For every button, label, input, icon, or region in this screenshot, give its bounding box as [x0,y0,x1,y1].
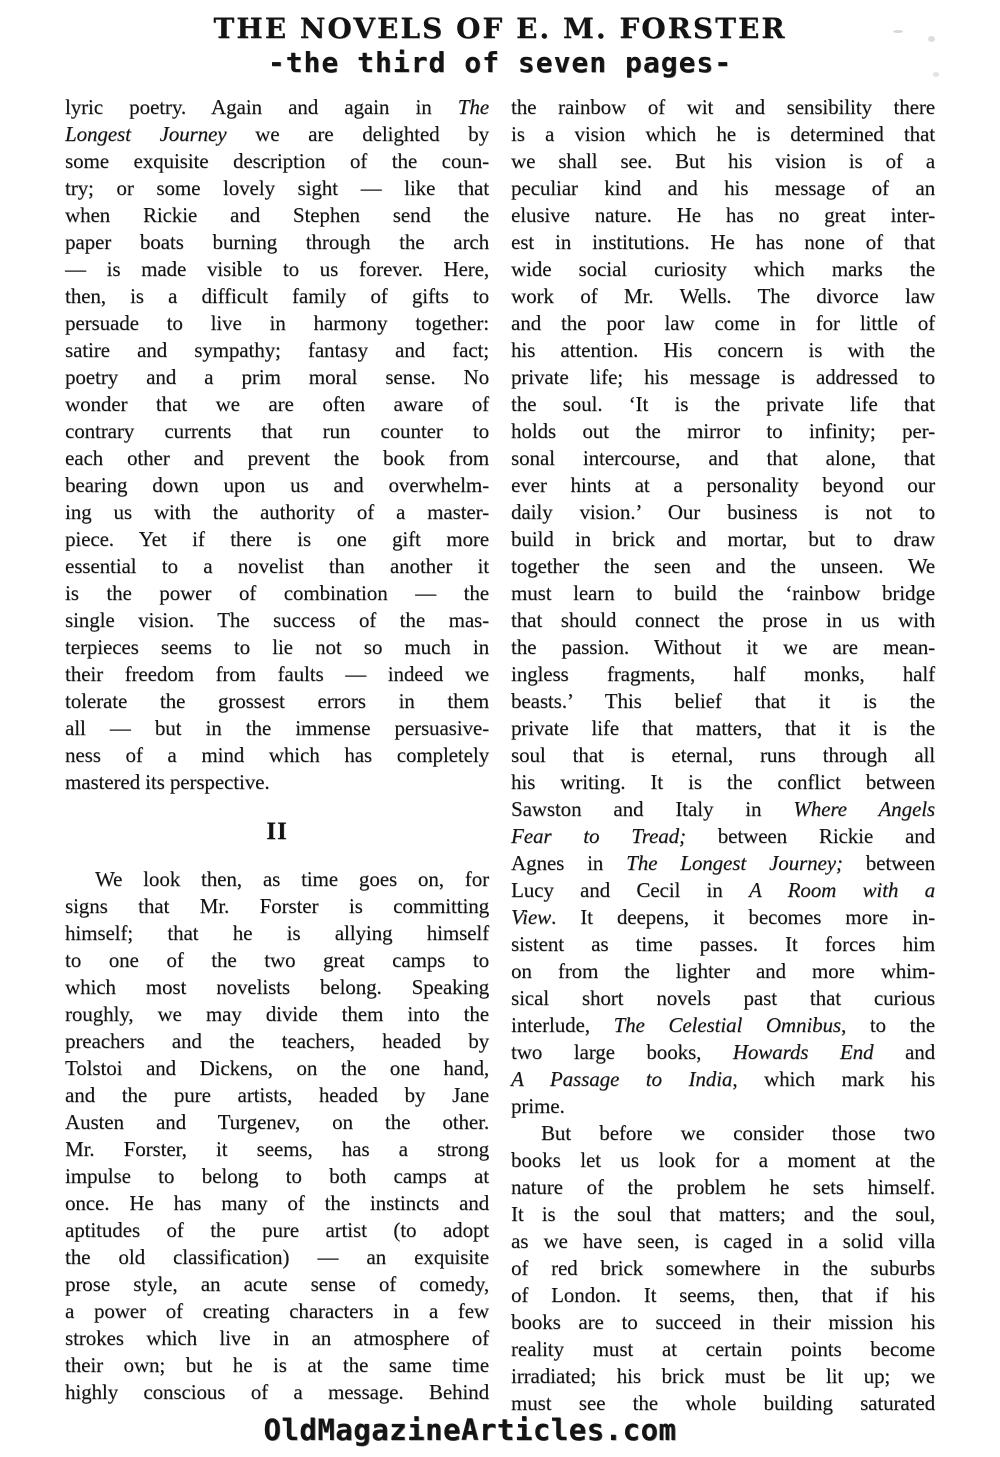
scan-artifact [928,36,935,42]
text-line: nature of the problem he sets himself. [511,1174,935,1201]
text-line: books are to succeed in their mission hi… [511,1309,935,1336]
text-line: roughly, we may divide them into the [65,1001,489,1028]
text-line: satire and sympathy; fantasy and fact; [65,337,489,364]
text-line: contrary currents that run counter to [65,418,489,445]
text-line: single vision. The success of the mas- [65,607,489,634]
text-line: his attention. His concern is with the [511,337,935,364]
text-line: prose style, an acute sense of comedy, [65,1271,489,1298]
article-body: lyric poetry. Again and again in TheLong… [0,80,1000,1417]
text-line: private life; his message is addressed t… [511,364,935,391]
text-line: some exquisite description of the coun- [65,148,489,175]
text-line: signs that Mr. Forster is committing [65,893,489,920]
text-line: and the poor law come in for little of [511,310,935,337]
text-line: his writing. It is the conflict between [511,769,935,796]
text-line: Agnes in The Longest Journey; between [511,850,935,877]
text-line: But before we consider those two [511,1120,935,1147]
text-line: of London. It seems, then, that if his [511,1282,935,1309]
paragraph: We look then, as time goes on, forsigns … [65,866,489,1406]
text-line: elusive nature. He has no great inter- [511,202,935,229]
text-line: each other and prevent the book from [65,445,489,472]
text-line: Lucy and Cecil in A Room with a [511,877,935,904]
text-line: est in institutions. He has none of that [511,229,935,256]
paragraph: the rainbow of wit and sensibility there… [511,94,935,1120]
text-line: private life that matters, that it is th… [511,715,935,742]
text-line: It is the soul that matters; and the sou… [511,1201,935,1228]
text-line: as we have seen, is caged in a solid vil… [511,1228,935,1255]
text-line: persuade to live in harmony together: [65,310,489,337]
text-line: prime. [511,1093,935,1120]
text-line: peculiar kind and his message of an [511,175,935,202]
text-line: wide social curiosity which marks the [511,256,935,283]
text-line: sical short novels past that curious [511,985,935,1012]
text-line: poetry and a prim moral sense. No [65,364,489,391]
page-header: THE NOVELS OF E. M. FORSTER -the third o… [0,0,1000,80]
text-line: when Rickie and Stephen send the [65,202,489,229]
text-line: Sawston and Italy in Where Angels [511,796,935,823]
text-line: tolerate the grossest errors in them [65,688,489,715]
text-line: the passion. Without it we are mean- [511,634,935,661]
text-line: daily vision.’ Our business is not to [511,499,935,526]
text-line: to one of the two great camps to [65,947,489,974]
text-line: which most novelists belong. Speaking [65,974,489,1001]
text-line: that should connect the prose in us with [511,607,935,634]
text-line: A Passage to India, which mark his [511,1066,935,1093]
text-line: once. He has many of the instincts and [65,1190,489,1217]
watermark: OldMagazineArticles.com [0,1413,940,1447]
text-line: two large books, Howards End and [511,1039,935,1066]
text-line: of red brick somewhere in the suburbs [511,1255,935,1282]
text-line: and the pure artists, headed by Jane [65,1082,489,1109]
page-indicator: -the third of seven pages- [0,46,1000,80]
text-line: all — but in the immense persuasive- [65,715,489,742]
text-line: build in brick and mortar, but to draw [511,526,935,553]
text-line: the old classification) — an exquisite [65,1244,489,1271]
right-column: the rainbow of wit and sensibility there… [511,94,935,1417]
text-line: beasts.’ This belief that it is the [511,688,935,715]
text-line: wonder that we are often aware of [65,391,489,418]
text-line: interlude, The Celestial Omnibus, to the [511,1012,935,1039]
article-title: THE NOVELS OF E. M. FORSTER [0,12,1000,46]
magazine-page: THE NOVELS OF E. M. FORSTER -the third o… [0,0,1000,1457]
text-line: soul that is eternal, runs through all [511,742,935,769]
text-line: a power of creating characters in a few [65,1298,489,1325]
text-line: sonal intercourse, and that alone, that [511,445,935,472]
text-line: is a vision which he is determined that [511,121,935,148]
text-line: the soul. ‘It is the private life that [511,391,935,418]
text-line: mastered its perspective. [65,769,489,796]
text-line: sistent as time passes. It forces him [511,931,935,958]
text-line: Fear to Tread; between Rickie and [511,823,935,850]
text-line: paper boats burning through the arch [65,229,489,256]
text-line: essential to a novelist than another it [65,553,489,580]
scan-artifact [933,72,939,77]
scan-artifact [893,30,903,33]
text-line: aptitudes of the pure artist (to adopt [65,1217,489,1244]
text-line: the rainbow of wit and sensibility there [511,94,935,121]
section-heading: II [65,818,489,846]
text-line: Mr. Forster, it seems, has a strong [65,1136,489,1163]
left-column: lyric poetry. Again and again in TheLong… [65,94,489,1417]
text-line: reality must at certain points become [511,1336,935,1363]
text-line: preachers and the teachers, headed by [65,1028,489,1055]
text-line: books let us look for a moment at the [511,1147,935,1174]
text-line: Longest Journey we are delighted by [65,121,489,148]
text-line: their own; but he is at the same time [65,1352,489,1379]
text-line: irradiated; his brick must be lit up; we [511,1363,935,1390]
text-line: We look then, as time goes on, for [65,866,489,893]
text-line: impulse to belong to both camps at [65,1163,489,1190]
text-line: ingless fragments, half monks, half [511,661,935,688]
paragraph: lyric poetry. Again and again in TheLong… [65,94,489,796]
text-line: lyric poetry. Again and again in The [65,94,489,121]
text-line: highly conscious of a message. Behind [65,1379,489,1406]
text-line: ing us with the authority of a master- [65,499,489,526]
text-line: we shall see. But his vision is of a [511,148,935,175]
text-line: work of Mr. Wells. The divorce law [511,283,935,310]
text-line: himself; that he is allying himself [65,920,489,947]
text-line: together the seen and the unseen. We [511,553,935,580]
text-line: bearing down upon us and overwhelm- [65,472,489,499]
text-line: try; or some lovely sight — like that [65,175,489,202]
paragraph: But before we consider those twobooks le… [511,1120,935,1417]
text-line: ness of a mind which has completely [65,742,489,769]
text-line: then, is a difficult family of gifts to [65,283,489,310]
text-line: Austen and Turgenev, on the other. [65,1109,489,1136]
text-line: on from the lighter and more whim- [511,958,935,985]
text-line: piece. Yet if there is one gift more [65,526,489,553]
text-line: is the power of combination — the [65,580,489,607]
text-line: ever hints at a personality beyond our [511,472,935,499]
text-line: View. It deepens, it becomes more in- [511,904,935,931]
text-line: must learn to build the ‘rainbow bridge [511,580,935,607]
text-line: their freedom from faults — indeed we [65,661,489,688]
text-line: Tolstoi and Dickens, on the one hand, [65,1055,489,1082]
text-line: holds out the mirror to infinity; per- [511,418,935,445]
text-line: — is made visible to us forever. Here, [65,256,489,283]
text-line: strokes which live in an atmosphere of [65,1325,489,1352]
text-line: terpieces seems to lie not so much in [65,634,489,661]
